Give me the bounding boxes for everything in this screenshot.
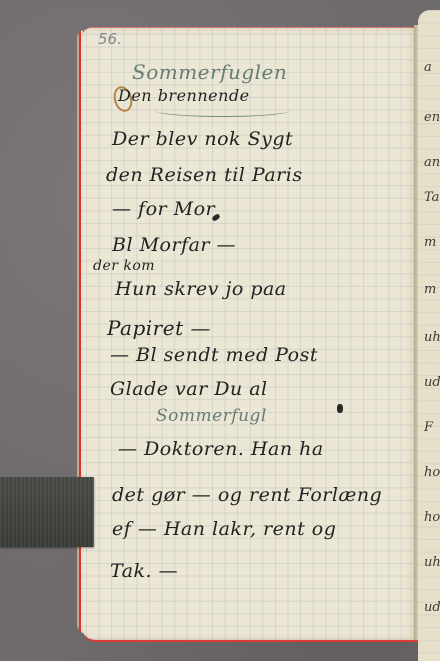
pencil-annotation: Sommerfugl [156, 406, 267, 426]
facing-page-fragment: F [424, 420, 433, 435]
facing-page-fragment: ude [424, 600, 440, 615]
facing-page-fragment: m [424, 282, 436, 297]
pencil-heading: Sommerfuglen [132, 60, 287, 84]
handwritten-line: Der blev nok Sygt [112, 128, 293, 150]
handwritten-line: Papiret — [107, 316, 211, 340]
handwritten-line: — Bl sendt med Post [110, 344, 318, 366]
facing-page: a en and Tak m m uh ude F ho ho uh ude [418, 10, 440, 661]
handwritten-line: Hun skrev jo paa [115, 278, 287, 300]
facing-page-fragment: a [424, 60, 432, 75]
handwritten-line: Bl Morfar — [112, 234, 236, 256]
binding-gutter [414, 25, 418, 640]
facing-page-fragment: uh [424, 330, 440, 345]
handwritten-line: — for Mor [112, 198, 215, 220]
facing-page-fragment: ude [424, 375, 440, 390]
handwritten-line: Tak. — [110, 560, 178, 582]
handwritten-line: Den brennende [118, 86, 250, 105]
facing-page-fragment: en [424, 110, 440, 125]
handwritten-line: det gør — og rent Forlæng [112, 484, 382, 506]
ink-blot [337, 404, 343, 413]
facing-page-fragment: Tak [424, 190, 440, 205]
handwritten-line: ef — Han lakr, rent og [112, 518, 336, 540]
ribbon-bookmark [0, 477, 94, 547]
handwritten-line: — Doktoren. Han ha [118, 438, 324, 460]
pencil-underline [155, 104, 290, 117]
page-number: 56. [98, 30, 122, 48]
facing-page-fragment: ho [424, 465, 440, 480]
handwritten-line: Glade var Du al [110, 378, 268, 400]
handwritten-line: der kom [93, 258, 155, 274]
facing-page-fragment: ho [424, 510, 440, 525]
facing-page-fragment: uh [424, 555, 440, 570]
handwritten-line: den Reisen til Paris [106, 164, 303, 186]
facing-page-fragment: m [424, 235, 436, 250]
facing-page-fragment: and [424, 155, 440, 170]
